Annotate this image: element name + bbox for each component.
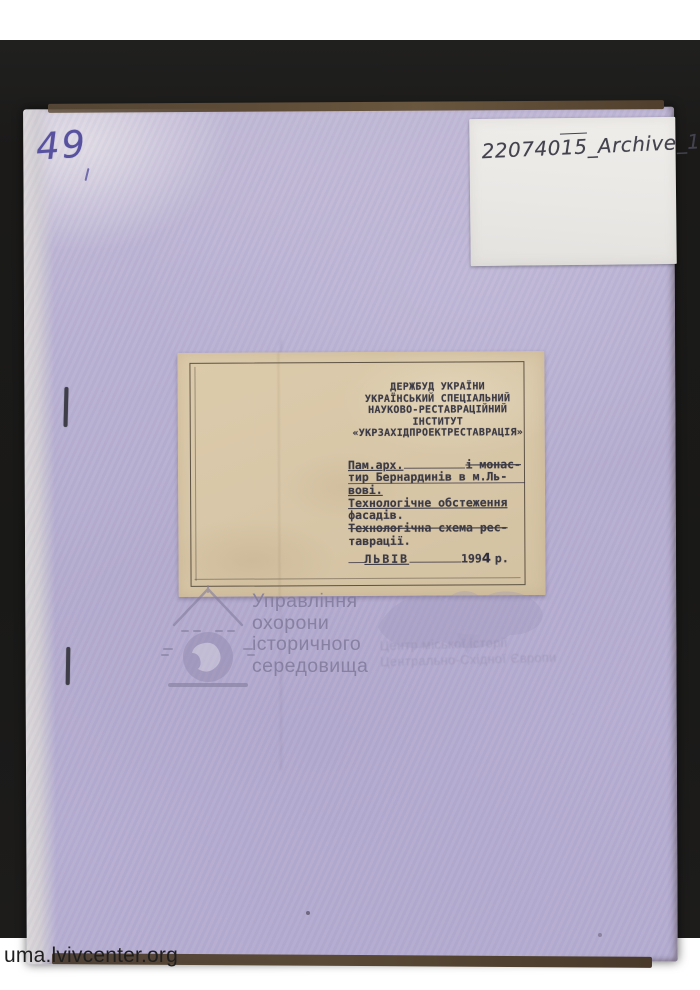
cover-worn-left-edge [23, 109, 57, 964]
staple-mark-bottom [66, 647, 71, 685]
archive-code-suffix: _Archive_114 [587, 128, 700, 158]
tower-lion-logo-icon [160, 585, 256, 693]
year-handwritten-digit: 4 [482, 553, 491, 566]
title-line-7: таврації. [348, 534, 525, 548]
struck-text: Технологічна схема рес- [348, 521, 511, 534]
blank-rule [409, 552, 461, 563]
handwritten-folio-number: 49 [35, 122, 89, 168]
heritage-office-watermark-text: Управління охорони історичного середовищ… [252, 591, 368, 677]
city-name: ЛЬВІВ [364, 553, 409, 566]
typed-title-block: Пам.арх. і монас- тир Бернардинів в м.Ль… [348, 457, 526, 565]
archive-code-prefix: 220740 [481, 136, 561, 164]
watermark-line: історичного [252, 634, 368, 656]
title-text: таврації. [348, 534, 410, 547]
source-url-watermark: uma.lvivcenter.org [4, 944, 178, 968]
watermark-line: охорони [252, 613, 368, 635]
title-text: тир Бернардинів в м.Ль- [348, 470, 507, 483]
archive-code-overlined: 15 [560, 132, 588, 159]
title-line-6: Технологічна схема рес- [348, 521, 525, 535]
scanned-archive-page: 49 22074015_Archive_114 ДЕРЖБУД УКРАЇНИ … [0, 0, 700, 990]
institute-header-line: «УКРЗАХІДПРОЕКТРЕСТАВРАЦІЯ» [338, 427, 538, 440]
institute-header: ДЕРЖБУД УКРАЇНИ УКРАЇНСЬКИЙ СПЕЦІАЛЬНИЙ … [338, 381, 538, 440]
scanner-black-background: 49 22074015_Archive_114 ДЕРЖБУД УКРАЇНИ … [0, 40, 700, 938]
urban-history-watermark-text: Центр міської історії Центрально-Східної… [380, 634, 557, 671]
year-suffix: р. [495, 552, 509, 565]
watermark-line: середовища [252, 656, 368, 678]
archive-sticker: 22074015_Archive_114 [469, 117, 677, 266]
institute-label: ДЕРЖБУД УКРАЇНИ УКРАЇНСЬКИЙ СПЕЦІАЛЬНИЙ … [177, 351, 545, 597]
blank-rule [404, 457, 464, 468]
year-typed: 199 [461, 553, 482, 566]
city-year-line: ЛЬВІВ 1994 р. [348, 551, 525, 565]
institute-header-line: ДЕРЖБУД УКРАЇНИ [338, 381, 538, 394]
dirt-speck [306, 911, 310, 915]
institute-header-line: НАУКОВО-РЕСТАВРАЦІЙНИЙ [338, 404, 538, 417]
blank-rule [348, 552, 364, 563]
watermark-line: Управління [252, 591, 368, 613]
dirt-speck [598, 933, 602, 937]
handwritten-archive-code: 22074015_Archive_114 [481, 128, 700, 163]
